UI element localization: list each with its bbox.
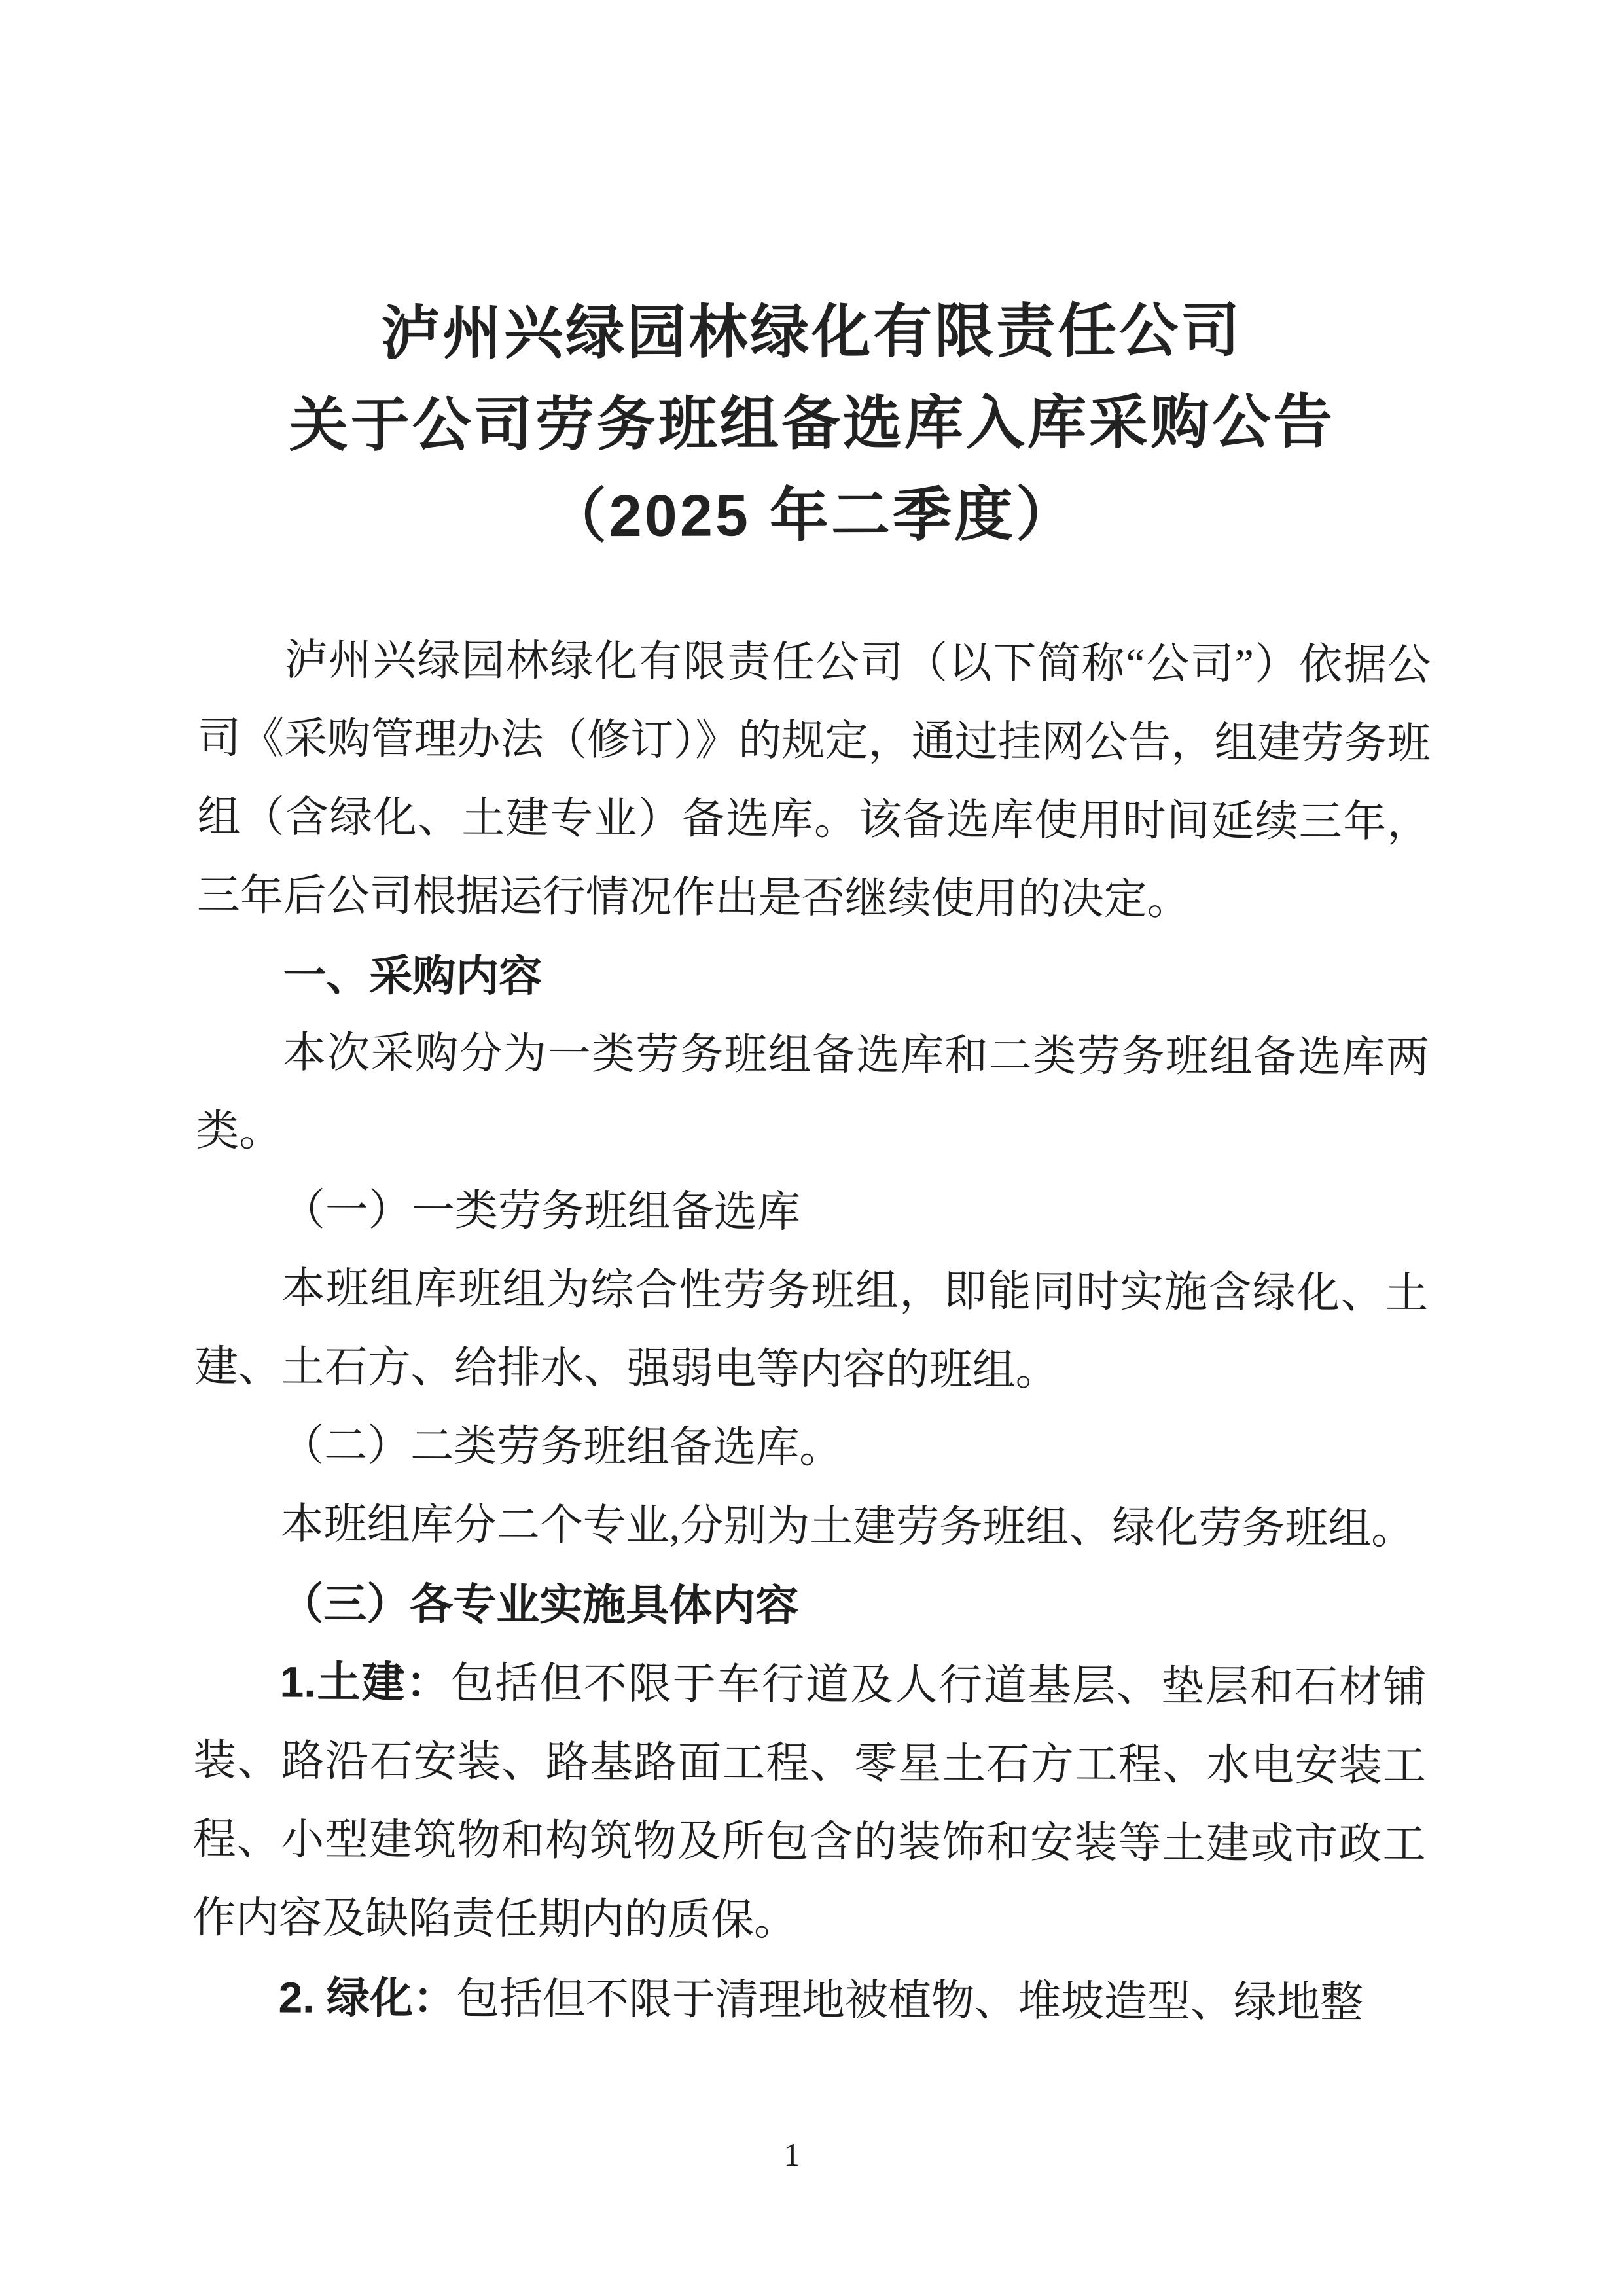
paragraph-category2-title: （二）二类劳务班组备选库。	[194, 1407, 1428, 1490]
document-title: 泸州兴绿园林绿化有限责任公司 关于公司劳务班组备选库入库采购公告 （2025 年…	[0, 0, 1623, 564]
document-body: 泸州兴绿园林绿化有限责任公司（以下简称“公司”）依据公司《采购管理办法（修订）》…	[192, 621, 1431, 2043]
heading-procurement-content: 一、采购内容	[196, 935, 1430, 1019]
paragraph-intro: 泸州兴绿园林绿化有限责任公司（以下简称“公司”）依据公司《采购管理办法（修订）》…	[197, 621, 1431, 941]
paragraph-category1-title: （一）一类劳务班组备选库	[196, 1171, 1429, 1255]
paragraph-civil-works: 1.土建：包括但不限于车行道及人行道基层、垫层和石材铺装、路沿石安装、路基路面工…	[192, 1642, 1427, 1963]
paragraph-category1-body: 本班组库班组为综合性劳务班组，即能同时实施含绿化、土建、土石方、给排水、强弱电等…	[194, 1249, 1428, 1412]
civil-works-label: 1.土建：	[279, 1657, 450, 1706]
heading-specialty-details: （三）各专业实施具体内容	[194, 1564, 1427, 1647]
title-line-quarter: （2025 年二季度）	[1, 467, 1623, 565]
paragraph-greening: 2. 绿化：包括但不限于清理地被植物、堆坡造型、绿地整	[192, 1958, 1425, 2043]
document-page: 泸州兴绿园林绿化有限责任公司 关于公司劳务班组备选库入库采购公告 （2025 年…	[0, 0, 1623, 2296]
page-number: 1	[0, 2135, 1584, 2174]
paragraph-category2-body: 本班组库分二个专业,分别为土建劳务班组、绿化劳务班组。	[194, 1485, 1427, 1569]
title-line-announcement: 关于公司劳务班组备选库入库采购公告	[1, 376, 1623, 473]
paragraph-two-types: 本次采购分为一类劳务班组备选库和二类劳务班组备选库两类。	[196, 1014, 1429, 1176]
greening-text: 包括但不限于清理地被植物、堆坡造型、绿地整	[456, 1975, 1363, 2027]
greening-label: 2. 绿化：	[278, 1973, 456, 2022]
title-line-company: 泸州兴绿园林绿化有限责任公司	[0, 284, 1623, 382]
